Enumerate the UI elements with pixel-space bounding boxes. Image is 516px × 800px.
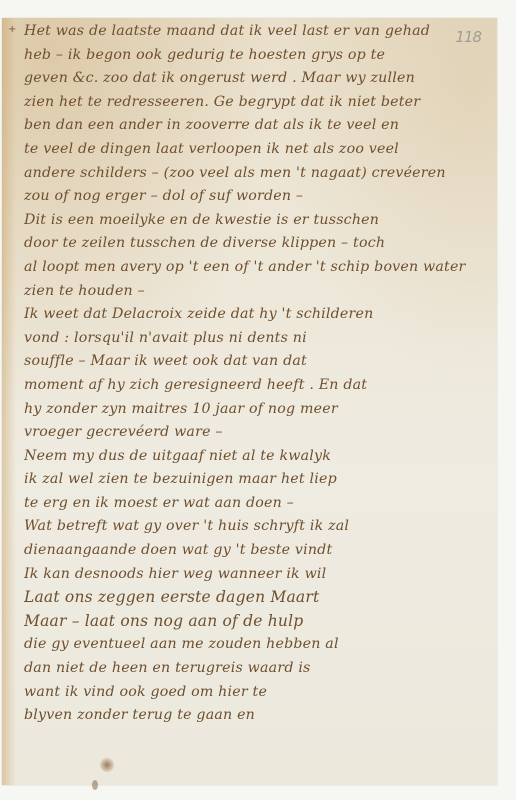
text-line: Ik weet dat Delacroix zeide dat hy 't sc…	[24, 303, 484, 327]
text-line: Het was de laatste maand dat ik veel las…	[24, 20, 484, 44]
text-line: die gy eventueel aan me zouden hebben al	[24, 633, 484, 657]
text-line: zien te houden –	[24, 280, 484, 304]
text-line: want ik vind ook goed om hier te	[24, 681, 484, 705]
text-line: ben dan een ander in zooverre dat als ik…	[24, 114, 484, 138]
text-line: Wat betreft wat gy over 't huis schryft …	[24, 515, 484, 539]
text-line: dan niet de heen en terugreis waard is	[24, 657, 484, 681]
text-line: zien het te redresseeren. Ge begrypt dat…	[24, 91, 484, 115]
letter-page: + 118 Het was de laatste maand dat ik ve…	[2, 18, 497, 785]
ink-stain	[92, 780, 98, 790]
text-line: Laat ons zeggen eerste dagen Maart	[24, 586, 484, 610]
text-line: Ik kan desnoods hier weg wanneer ik wil	[24, 563, 484, 587]
text-line: dienaangaande doen wat gy 't beste vindt	[24, 539, 484, 563]
text-line: Dit is een moeilyke en de kwestie is er …	[24, 209, 484, 233]
handwritten-text: Het was de laatste maand dat ik veel las…	[24, 20, 484, 728]
text-line: te erg en ik moest er wat aan doen –	[24, 492, 484, 516]
text-line: Neem my dus de uitgaaf niet al te kwalyk	[24, 445, 484, 469]
text-line: ik zal wel zien te bezuinigen maar het l…	[24, 468, 484, 492]
text-line: zou of nog erger – dol of suf worden –	[24, 185, 484, 209]
margin-mark: +	[8, 24, 16, 35]
text-line: hy zonder zyn maitres 10 jaar of nog mee…	[24, 398, 484, 422]
text-line: vond : lorsqu'il n'avait plus ni dents n…	[24, 327, 484, 351]
text-line: vroeger gecrevéerd ware –	[24, 421, 484, 445]
text-line: souffle – Maar ik weet ook dat van dat	[24, 350, 484, 374]
ink-stain	[100, 758, 114, 772]
text-line: te veel de dingen laat verloopen ik net …	[24, 138, 484, 162]
text-line: al loopt men avery op 't een of 't ander…	[24, 256, 484, 280]
text-line: heb – ik begon ook gedurig te hoesten gr…	[24, 44, 484, 68]
text-line: moment af hy zich geresigneerd heeft . E…	[24, 374, 484, 398]
text-line: door te zeilen tusschen de diverse klipp…	[24, 232, 484, 256]
text-line: blyven zonder terug te gaan en	[24, 704, 484, 728]
text-line: andere schilders – (zoo veel als men 't …	[24, 162, 484, 186]
text-line: geven &c. zoo dat ik ongerust werd . Maa…	[24, 67, 484, 91]
text-line: Maar – laat ons nog aan of de hulp	[24, 610, 484, 634]
